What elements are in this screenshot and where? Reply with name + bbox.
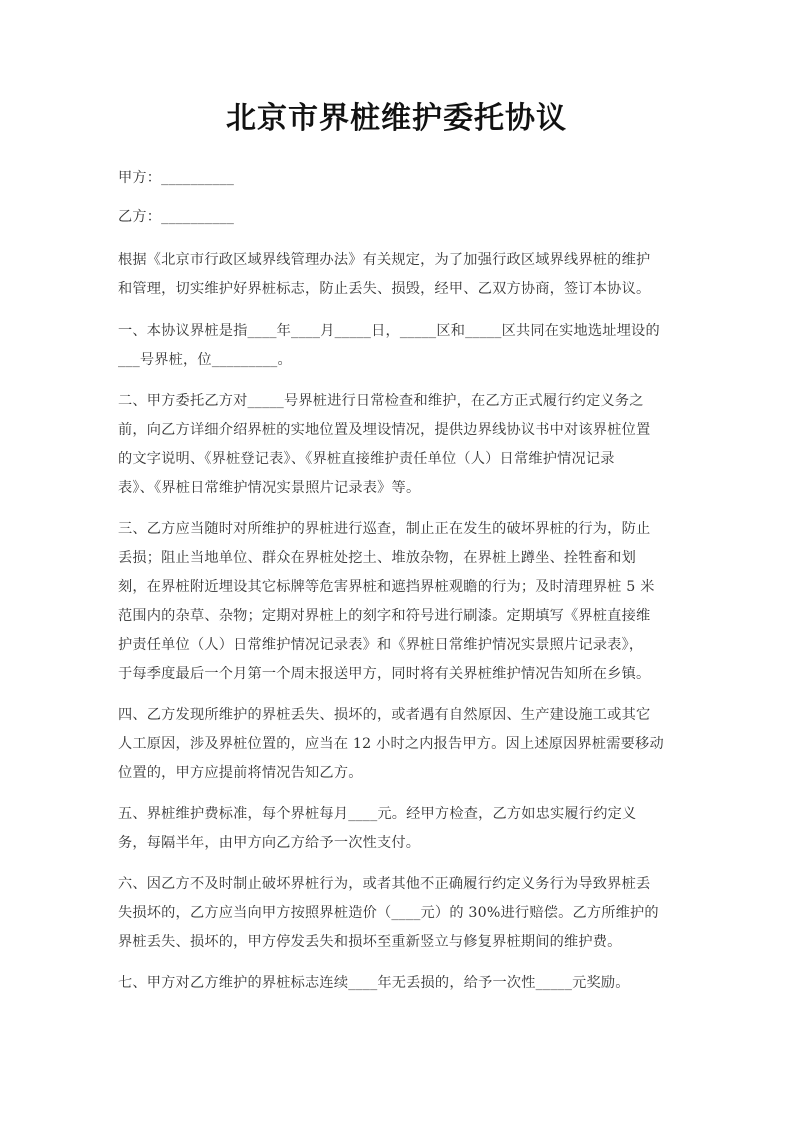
clause-6-line: 失损坏的，乙方应当向甲方按照界桩造价（____元）的 30%进行赔偿。乙方所维护…: [118, 903, 678, 923]
clause-2-line: 前，向乙方详细介绍界桩的实地位置及埋设情况，提供边界线协议书中对该界桩位置: [118, 420, 678, 440]
document-page: 北京市界桩维护委托协议 甲方：__________ 乙方：__________ …: [0, 0, 793, 1122]
clause-4-line: 人工原因，涉及界桩位置的，应当在 12 小时之内报告甲方。因上述原因界桩需要移动: [118, 734, 678, 754]
clause-3-line: 范围内的杂草、杂物；定期对界桩上的刻字和符号进行刷漆。定期填写《界桩直接维: [118, 606, 678, 626]
clause-5-line: 五、界桩维护费标准，每个界桩每月____元。经甲方检查，乙方如忠实履行约定义: [118, 804, 678, 824]
preamble-line: 和管理，切实维护好界桩标志，防止丢失、损毁，经甲、乙双方协商，签订本协议。: [118, 279, 678, 299]
document-title: 北京市界桩维护委托协议: [0, 93, 793, 137]
clause-1-line: 一、本协议界桩是指____年____月_____日，_____区和_____区共…: [118, 321, 678, 341]
clause-5-line: 务，每隔半年，由甲方向乙方给予一次性支付。: [118, 833, 678, 853]
clause-2-line: 二、甲方委托乙方对_____号界桩进行日常检查和维护，在乙方正式履行约定义务之: [118, 391, 678, 411]
party-b-field: 乙方：__________: [118, 207, 678, 227]
party-a-field: 甲方：__________: [118, 168, 678, 188]
clause-3-line: 于每季度最后一个月第一个周末报送甲方，同时将有关界桩维护情况告知所在乡镇。: [118, 664, 678, 684]
clause-3-line: 刻，在界桩附近埋设其它标牌等危害界桩和遮挡界桩观瞻的行为；及时清理界桩 5 米: [118, 577, 678, 597]
clause-4-line: 位置的，甲方应提前将情况告知乙方。: [118, 763, 678, 783]
clause-3-line: 丢损；阻止当地单位、群众在界桩处挖土、堆放杂物，在界桩上蹲坐、拴牲畜和划: [118, 548, 678, 568]
preamble-line: 根据《北京市行政区域界线管理办法》有关规定，为了加强行政区域界线界桩的维护: [118, 250, 678, 270]
clause-3-line: 三、乙方应当随时对所维护的界桩进行巡查，制止正在发生的破坏界桩的行为，防止: [118, 519, 678, 539]
clause-2-line: 表》、《界桩日常维护情况实景照片记录表》等。: [118, 478, 678, 498]
clause-7-line: 七、甲方对乙方维护的界桩标志连续____年无丢损的，给予一次性_____元奖励。: [118, 973, 678, 993]
clause-2-line: 的文字说明、《界桩登记表》、《界桩直接维护责任单位（人）日常维护情况记录: [118, 449, 678, 469]
clause-3-line: 护责任单位（人）日常维护情况记录表》和《界桩日常维护情况实景照片记录表》，: [118, 635, 678, 655]
clause-1-line: ___号界桩，位_________。: [118, 350, 678, 370]
clause-6-line: 六、因乙方不及时制止破坏界桩行为，或者其他不正确履行约定义务行为导致界桩丢: [118, 874, 678, 894]
clause-6-line: 界桩丢失、损坏的，甲方停发丢失和损坏至重新竖立与修复界桩期间的维护费。: [118, 932, 678, 952]
clause-4-line: 四、乙方发现所维护的界桩丢失、损坏的，或者遇有自然原因、生产建设施工或其它: [118, 705, 678, 725]
